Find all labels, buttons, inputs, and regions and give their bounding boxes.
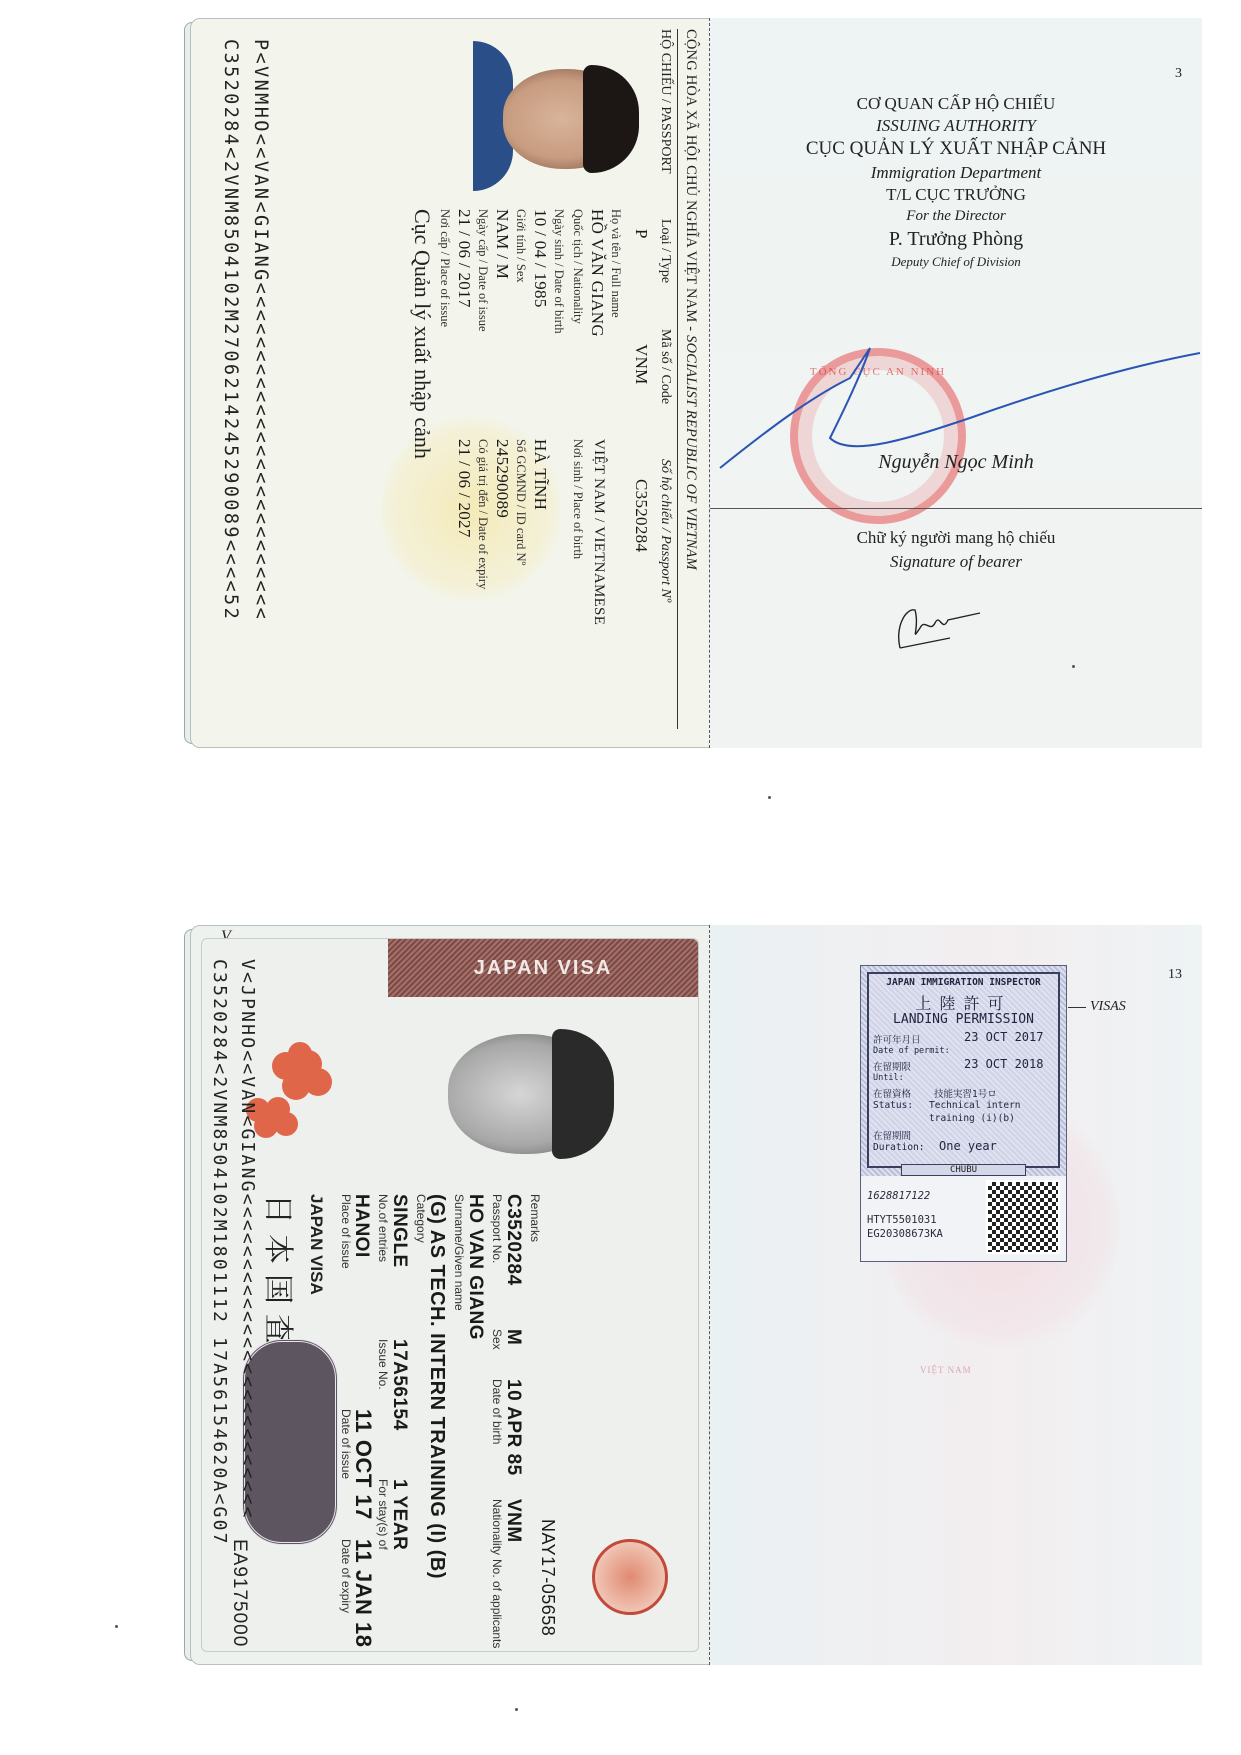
permit-date: 23 OCT 2017 [964, 1030, 1054, 1044]
visa-photo-hair [552, 1029, 614, 1159]
applicants-label: No. of applicants [490, 1559, 504, 1648]
holder-photo [481, 41, 641, 191]
nationality-value: VIỆT NAM / VIETNAMESE [590, 439, 607, 625]
qr-code [986, 1180, 1060, 1254]
stay: 1 YEAR [388, 1479, 410, 1550]
scan-speck [768, 796, 771, 799]
landing-header: JAPAN IMMIGRATION INSPECTOR [873, 977, 1054, 988]
scan-speck [1072, 665, 1075, 668]
scan-speck [515, 1708, 518, 1711]
permit-label-en: Date of permit: [873, 1046, 1054, 1056]
landing-serial: 1628817122 [867, 1190, 930, 1202]
sex-label: Giới tính / Sex [513, 209, 528, 283]
landing-title: LANDING PERMISSION [873, 1012, 1054, 1027]
visa-name: HO VAN GIANG [464, 1194, 486, 1340]
landing-permission-stamp: JAPAN IMMIGRATION INSPECTOR 上陸許可 LANDING… [860, 965, 1067, 1262]
code-label: Mã số / Code [657, 329, 673, 404]
sex-value: NAM / M [492, 209, 512, 279]
place-label: Nơi cấp / Place of issue [437, 209, 452, 327]
visa-spread: V JAPAN VISA JAPAN VISA 日本国査証 P [190, 925, 1202, 1665]
issuing-authority-vn: CƠ QUAN CẤP HỘ CHIẾU [710, 94, 1202, 114]
issue-date-value: 21 / 06 / 2017 [454, 209, 474, 308]
issuing-authority-en: ISSUING AUTHORITY [710, 116, 1202, 136]
visa-mrz-line-2: C3520284<2VNM8504102M1801112 17A56154620… [209, 959, 230, 1546]
country-name-vn: CỘNG HÒA XÃ HỘI CHỦ NGHĨA VIỆT NAM [683, 29, 699, 322]
photo-hair [583, 65, 639, 173]
pob-label: Nơi sinh / Place of birth [570, 439, 585, 559]
department-en: Immigration Department [710, 163, 1202, 183]
reference-number: NAY17-05658 [537, 1519, 558, 1636]
visa-photo [428, 1009, 618, 1179]
entries: SINGLE [388, 1194, 410, 1268]
department-vn: CỤC QUẢN LÝ XUẤT NHẬP CẢNH [710, 138, 1202, 160]
mrz-line-2: C3520284<2VNM8504102M2706214245290089<<<… [220, 39, 241, 621]
place-of-issue: HANOI [350, 1194, 372, 1258]
expiry-label: Có giá trị đến / Date of expiry [475, 439, 490, 589]
issue-date-label: Ngày cấp / Date of issue [475, 209, 490, 332]
division-vn: P. Trưởng Phòng [710, 228, 1202, 251]
duration-value: One year [939, 1139, 1054, 1153]
type-label: Loại / Type [657, 219, 673, 283]
visa-passport-no: C3520284 [502, 1194, 524, 1286]
issue-no: 17A56154 [388, 1339, 410, 1431]
japan-visa-sticker: JAPAN VISA JAPAN VISA 日本国査証 Place of iss… [201, 938, 699, 1652]
visa-title: JAPAN VISA [306, 1194, 326, 1295]
until-label-en: Until: [873, 1073, 1054, 1083]
bearer-signature [880, 598, 990, 658]
ministry-seal [592, 1539, 668, 1615]
mrz-line-1: P<VNMHO<<VAN<GIANG<<<<<<<<<<<<<<<<<<<<<<… [250, 39, 271, 621]
pob-value: HÀ TĨNH [530, 439, 550, 510]
remarks-label: Remarks [528, 1194, 542, 1242]
page-number: 3 [1175, 66, 1182, 82]
visa-page-content: JAPAN VISA JAPAN VISA 日本国査証 Place of iss… [191, 926, 711, 1665]
authority-page: 3 CƠ QUAN CẤP HỘ CHIẾU ISSUING AUTHORITY… [710, 18, 1202, 748]
bearer-sig-label-vn: Chữ ký người mang hộ chiếu [710, 528, 1202, 548]
scan-speck [115, 1625, 118, 1628]
visas-page: 13 VISAS VIỆT NAM JAPAN IMMIGRATION INSP… [710, 925, 1202, 1665]
bio-page: CỘNG HÒA XÃ HỘI CHỦ NGHĨA VIỆT NAM - SOC… [190, 18, 712, 748]
director-vn: T/L CỤC TRƯỞNG [710, 185, 1202, 205]
port-of-entry: CHUBU [901, 1164, 1026, 1176]
division-en: Deputy Chief of Division [710, 254, 1202, 270]
visas-section-label: VISAS [1090, 999, 1126, 1015]
authority-content: 3 CƠ QUAN CẤP HỘ CHIẾU ISSUING AUTHORITY… [710, 18, 1202, 748]
nationality-label: Quốc tịch / Nationality [570, 209, 585, 324]
code-value: VNM [631, 344, 651, 385]
page-number: 13 [1168, 967, 1182, 983]
dob-label: Ngày sinh / Date of birth [551, 209, 566, 334]
visa-sex: M [502, 1329, 524, 1345]
country-name-en: SOCIALIST REPUBLIC OF VIETNAM [683, 335, 699, 570]
id-label: Số GCMND / ID card Nº [513, 439, 528, 565]
dob-value: 10 / 04 / 1985 [530, 209, 550, 308]
id-value: 245290089 [492, 439, 512, 518]
visa-page: V JAPAN VISA JAPAN VISA 日本国査証 P [190, 925, 712, 1665]
landing-code-2: EG20308673KA [867, 1228, 943, 1240]
passport-bio-spread: CỘNG HÒA XÃ HỘI CHỦ NGHĨA VIỆT NAM - SOC… [190, 18, 1202, 748]
visa-dob: 10 APR 85 [502, 1379, 524, 1476]
signature-divider [710, 508, 1202, 509]
bearer-sig-label-en: Signature of bearer [710, 552, 1202, 572]
visa-mrz-line-1: V<JPNHO<<VAN<GIANG<<<<<<<<<<<<<<<<<<<<<<… [237, 959, 258, 1520]
landing-lower-panel: 1628817122 HTYT5501031 EG20308673KA [861, 1176, 1066, 1261]
date-of-expiry: 11 JAN 18 [350, 1539, 376, 1647]
landing-kanji: 上陸許可 [873, 991, 1054, 1014]
visa-band-label: JAPAN VISA [388, 939, 698, 997]
visa-number: EA9175000 [228, 1539, 250, 1647]
landing-code-1: HTYT5501031 [867, 1214, 937, 1226]
passport-no-value: C3520284 [631, 479, 651, 552]
director-en: For the Director [710, 208, 1202, 225]
name-label: Họ và tên / Full name [608, 209, 623, 318]
signer-name: Nguyễn Ngọc Minh [710, 451, 1202, 474]
bio-page-content: CỘNG HÒA XÃ HỘI CHỦ NGHĨA VIỆT NAM - SOC… [191, 19, 711, 748]
country-header: CỘNG HÒA XÃ HỘI CHỦ NGHĨA VIỆT NAM - SOC… [677, 29, 699, 729]
landing-permission-body: JAPAN IMMIGRATION INSPECTOR 上陸許可 LANDING… [867, 972, 1060, 1168]
status-value-en: Technical intern [929, 1100, 1054, 1111]
emblem-text: VIỆT NAM [920, 1365, 972, 1375]
visa-nationality: VNM [502, 1499, 524, 1543]
passport-no-label: Số hộ chiếu / Passport Nº [657, 459, 673, 602]
name-value: HỒ VĂN GIANG [587, 209, 607, 337]
status-value-en-2: training (i)(b) [929, 1113, 1054, 1124]
type-value: P [631, 229, 651, 239]
date-of-issue: 11 OCT 17 [350, 1409, 376, 1520]
doc-title: HỘ CHIẾU / PASSPORT [657, 29, 673, 174]
category: (G) AS TECH. INTERN TRAINING (I) (B) [425, 1194, 448, 1579]
visa-band: JAPAN VISA [388, 939, 698, 997]
until-date: 23 OCT 2018 [964, 1057, 1054, 1071]
expiry-value: 21 / 06 / 2027 [454, 439, 474, 538]
status-value-jp: 技能実習1号ロ [934, 1086, 1054, 1100]
place-value: Cục Quản lý xuất nhập cảnh [409, 209, 435, 459]
